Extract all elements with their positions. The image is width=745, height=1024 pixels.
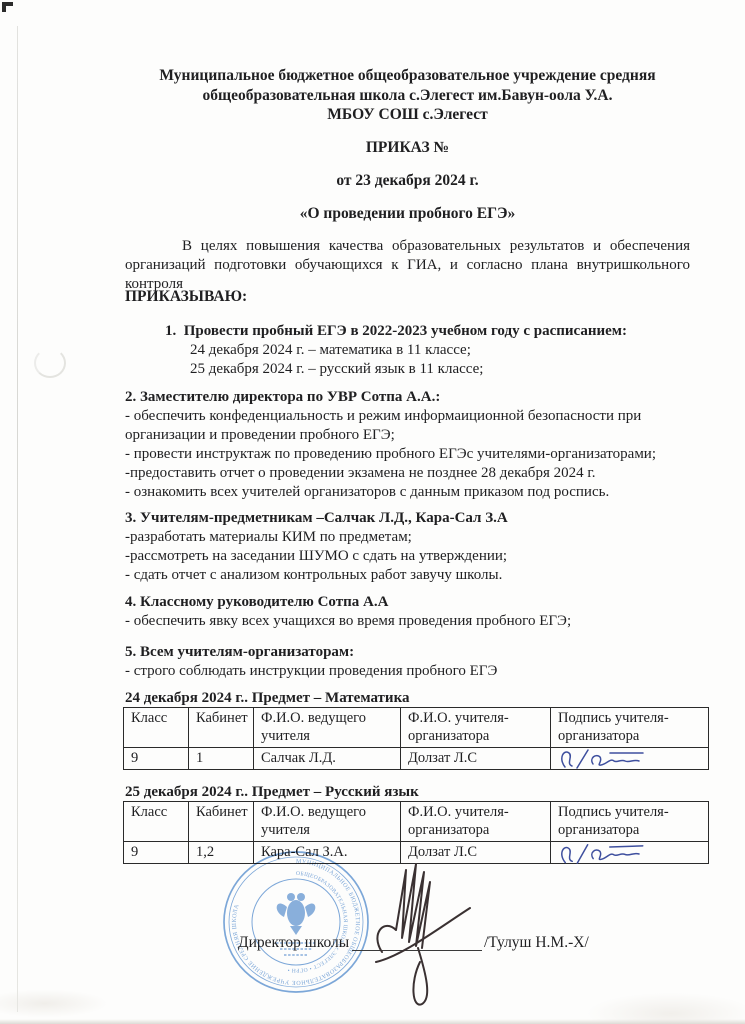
order-item-5-line-1: - строго соблюдать инструкции проведения… — [125, 662, 690, 681]
cell-signature — [551, 842, 709, 864]
header-cell-signature: Подпись учителя-организатора — [551, 708, 709, 748]
header-cell-lead-teacher: Ф.И.О. ведущего учителя — [254, 708, 401, 748]
order-item-3: 3. Учителям-предметникам –Салчак Л.Д., К… — [125, 509, 690, 585]
schedule-table-2-caption: 25 декабря 2024 г.. Предмет – Русский яз… — [125, 783, 690, 802]
order-item-2: 2. Заместителю директора по УВР Сотпа А.… — [125, 388, 690, 502]
letterhead-line-1: Муниципальное бюджетное общеобразователь… — [125, 66, 690, 86]
director-name: /Тулуш Н.М.-Х/ — [484, 933, 589, 952]
order-item-4-line-1: - обеспечить явку всех учащихся во время… — [125, 612, 690, 631]
scan-corner-mark — [2, 2, 13, 12]
order-item-1-title: 1. Провести пробный ЕГЭ в 2022-2023 учеб… — [165, 322, 690, 341]
header-cell-organizer: Ф.И.О. учителя-организатора — [401, 708, 551, 748]
hole-punch-mark — [34, 348, 66, 378]
handwritten-signature-blue-icon — [555, 838, 666, 870]
order-item-4: 4. Классному руководителю Сотпа А.А - об… — [125, 593, 690, 631]
cell-class: 9 — [124, 748, 189, 770]
resolve-heading: ПРИКАЗЫВАЮ: — [125, 287, 690, 306]
order-item-3-line-1: -разработать материалы КИМ по предметам; — [125, 528, 690, 547]
letterhead-line-3: МБОУ СОШ с.Элегест — [125, 105, 690, 125]
letterhead-line-2: общеобразовательная школа с.Элегест им.Б… — [125, 86, 690, 106]
cell-class: 9 — [124, 842, 189, 864]
order-item-3-line-2: -рассмотреть на заседании ШУМО с сдать н… — [125, 547, 690, 566]
table-row: 9 1 Салчак Л.Д. Долзат Л.С — [124, 748, 709, 770]
order-item-1-number: 1. — [165, 323, 176, 339]
handwritten-signature-blue-icon — [555, 746, 665, 774]
schedule-table-math: Класс Кабинет Ф.И.О. ведущего учителя Ф.… — [123, 707, 709, 770]
order-item-2-line-2: - провести инструктаж по проведению проб… — [125, 445, 690, 464]
order-subject: «О проведении пробного ЕГЭ» — [125, 204, 690, 223]
stamp-eagle-emblem — [277, 893, 316, 935]
order-item-5-title: 5. Всем учителям-организаторам: — [125, 643, 690, 662]
scan-edge-line — [17, 26, 18, 1012]
order-item-4-title: 4. Классному руководителю Сотпа А.А — [125, 593, 690, 612]
header-cell-class: Класс — [124, 802, 189, 842]
order-item-1-line-2: 25 декабря 2024 г. – русский язык в 11 к… — [190, 360, 690, 379]
header-cell-cabinet: Кабинет — [189, 802, 254, 842]
cell-organizer: Долзат Л.С — [401, 748, 551, 770]
round-school-stamp-icon: МУНИЦИПАЛЬНОЕ БЮДЖЕТНОЕ ОБЩЕОБРАЗОВАТЕЛЬ… — [220, 849, 372, 996]
order-item-5: 5. Всем учителям-организаторам: - строго… — [125, 643, 690, 681]
director-label: Директор школы — [238, 933, 349, 952]
order-item-2-line-1: - обеспечить конфеденциальность и режим … — [125, 407, 690, 445]
header-cell-class: Класс — [124, 708, 189, 748]
order-item-2-title: 2. Заместителю директора по УВР Сотпа А.… — [125, 388, 690, 407]
cell-signature — [551, 748, 709, 770]
header-cell-lead-teacher: Ф.И.О. ведущего учителя — [254, 802, 401, 842]
header-cell-cabinet: Кабинет — [189, 708, 254, 748]
schedule-table-russian: Класс Кабинет Ф.И.О. ведущего учителя Ф.… — [123, 801, 709, 864]
letterhead: Муниципальное бюджетное общеобразователь… — [125, 66, 690, 125]
table-header-row: Класс Кабинет Ф.И.О. ведущего учителя Ф.… — [124, 802, 709, 842]
cell-cabinet: 1 — [189, 748, 254, 770]
order-item-1-line-1: 24 декабря 2024 г. – математика в 11 кла… — [190, 341, 690, 360]
handwritten-signature-dark-icon — [372, 856, 474, 1012]
scan-bottom-shadow — [0, 1019, 745, 1024]
order-item-3-title: 3. Учителям-предметникам –Салчак Л.Д., К… — [125, 509, 690, 528]
order-item-2-line-3: -предоставить отчет о проведении экзамен… — [125, 464, 690, 483]
scanned-order-document: Муниципальное бюджетное общеобразователь… — [0, 0, 745, 1024]
schedule-table-1-caption: 24 декабря 2024 г.. Предмет – Математика — [125, 689, 690, 708]
preamble-paragraph: В целях повышения качества образовательн… — [125, 237, 690, 294]
cell-lead-teacher: Салчак Л.Д. — [254, 748, 401, 770]
order-item-1-text: Провести пробный ЕГЭ в 2022-2023 учебном… — [184, 323, 627, 339]
table-header-row: Класс Кабинет Ф.И.О. ведущего учителя Ф.… — [124, 708, 709, 748]
order-item-3-line-3: - сдать отчет с анализом контрольных раб… — [125, 566, 690, 585]
order-item-2-line-4: - ознакомить всех учителей организаторов… — [125, 483, 690, 502]
header-cell-organizer: Ф.И.О. учителя-организатора — [401, 802, 551, 842]
order-date: от 23 декабря 2024 г. — [125, 171, 690, 190]
order-number-heading: ПРИКАЗ № — [125, 138, 690, 157]
header-cell-signature: Подпись учителя-организатора — [551, 802, 709, 842]
